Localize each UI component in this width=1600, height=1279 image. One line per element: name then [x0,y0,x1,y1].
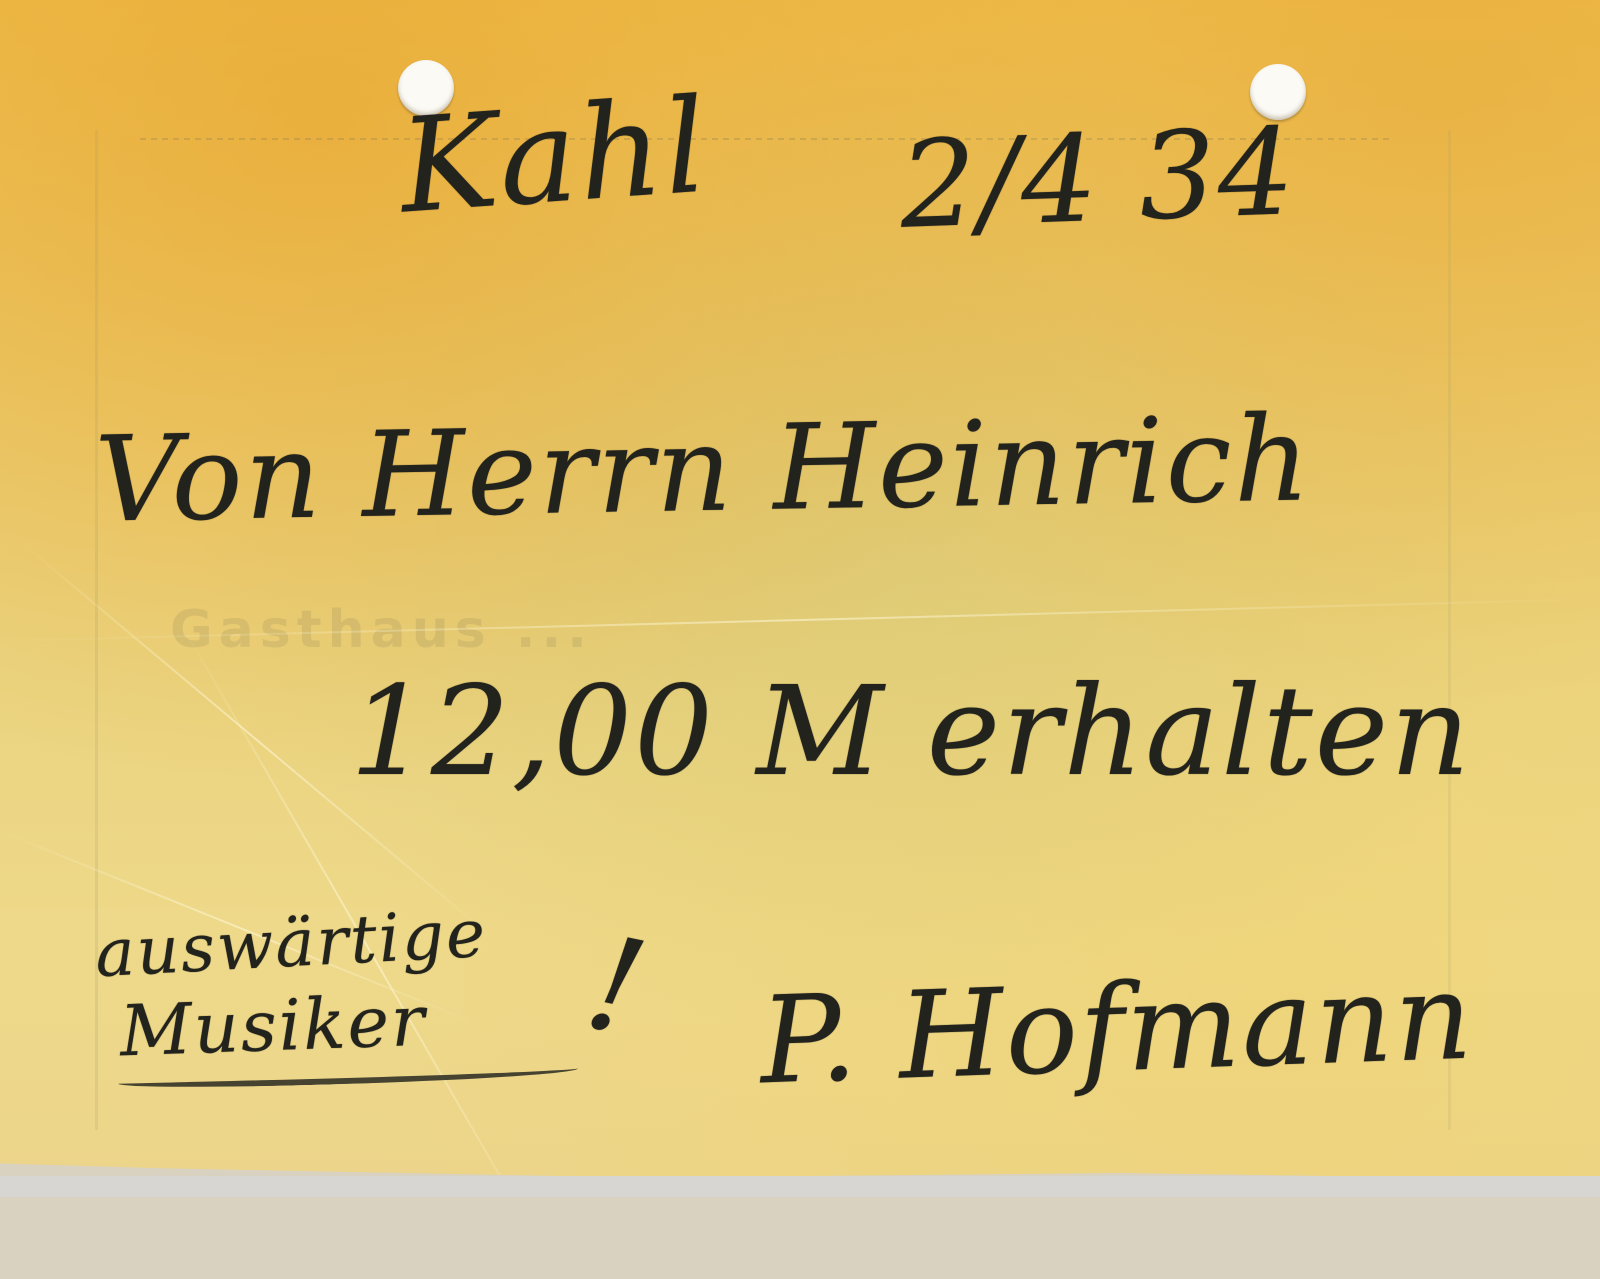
date: 2/4 34 [898,103,1299,256]
signature: P. Hofmann [758,948,1476,1112]
amount-line: 12,00 M erhalten [350,660,1472,804]
scan-background-edge [0,1176,1600,1197]
place-name: Kahl [395,69,713,242]
note-line-2: Musiker [119,980,428,1073]
receipt-paper: Gasthaus ... Kahl 2/4 34 Von Herrn Heinr… [0,0,1600,1180]
from-line: Von Herrn Heinrich [94,389,1313,548]
